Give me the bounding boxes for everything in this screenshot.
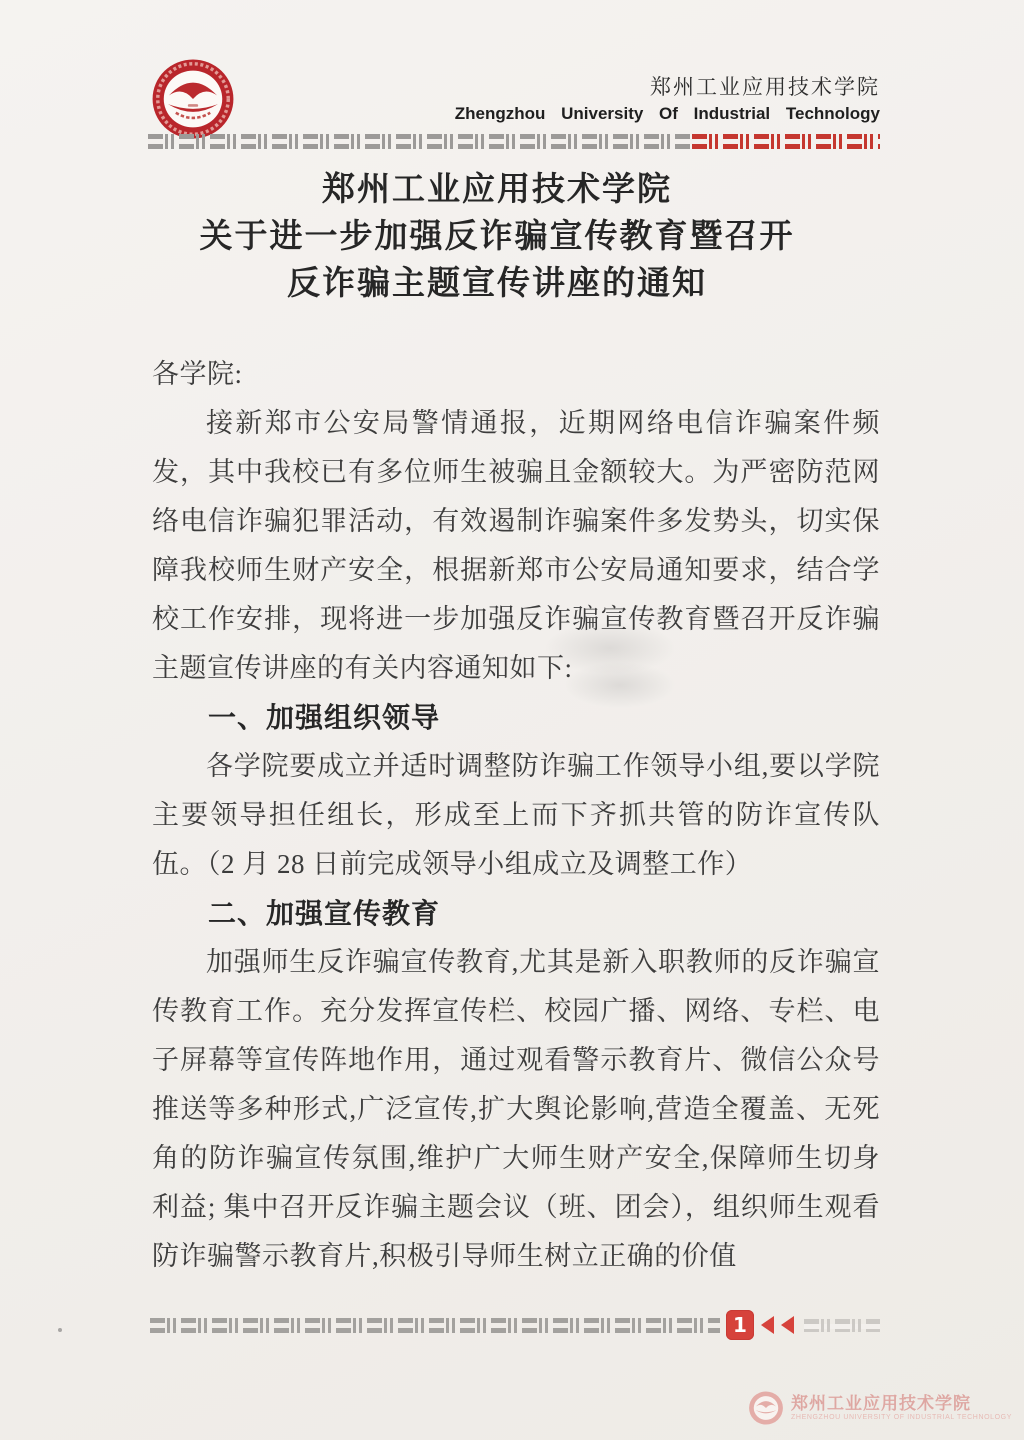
section-heading-1: 一、加强组织领导 [152, 693, 880, 742]
watermark-logo-icon [748, 1390, 784, 1426]
school-name-cn: 郑州工业应用技术学院 [238, 74, 880, 101]
title-line-1: 郑州工业应用技术学院 [130, 167, 864, 214]
section-heading-2: 二、加强宣传教育 [152, 889, 880, 938]
header-rule [148, 134, 880, 149]
header-rule-gray-segment [148, 134, 692, 149]
document-body: 各学院: 接新郑市公安局警情通报，近期网络电信诈骗案件频发，其中我校已有多位师生… [152, 350, 880, 1281]
school-logo-icon [148, 56, 238, 142]
document-title: 郑州工业应用技术学院 关于进一步加强反诈骗宣传教育暨召开 反诈骗主题宣传讲座的通… [130, 167, 864, 308]
page-header: 郑州工业应用技术学院 Zhengzhou University Of Indus… [0, 0, 1024, 138]
left-arrow-icon [781, 1316, 794, 1334]
watermark-text-en: ZHENGZHOU UNIVERSITY OF INDUSTRIAL TECHN… [791, 1413, 1012, 1422]
page-number-badge: 1 [726, 1310, 754, 1340]
title-line-2: 关于进一步加强反诈骗宣传教育暨召开 [130, 214, 864, 261]
watermark: 郑州工业应用技术学院 ZHENGZHOU UNIVERSITY OF INDUS… [748, 1390, 1012, 1426]
footer-rule-faint-segment [804, 1319, 880, 1332]
header-rule-red-segment [692, 134, 880, 149]
watermark-text: 郑州工业应用技术学院 ZHENGZHOU UNIVERSITY OF INDUS… [791, 1394, 1012, 1422]
school-name-en: Zhengzhou University Of Industrial Techn… [238, 101, 880, 126]
paragraph-2: 各学院要成立并适时调整防诈骗工作领导小组,要以学院主要领导担任组长，形成至上而下… [152, 742, 880, 889]
watermark-text-cn: 郑州工业应用技术学院 [791, 1394, 1012, 1413]
paragraph-3: 加强师生反诈骗宣传教育,尤其是新入职教师的反诈骗宣传教育工作。充分发挥宣传栏、校… [152, 938, 880, 1281]
scan-speck [58, 1328, 62, 1332]
salutation: 各学院: [152, 350, 880, 399]
left-arrow-icon [761, 1316, 774, 1334]
title-line-3: 反诈骗主题宣传讲座的通知 [130, 261, 864, 308]
footer-rule-gray-segment [150, 1318, 720, 1333]
header-school-names: 郑州工业应用技术学院 Zhengzhou University Of Indus… [238, 74, 880, 138]
footer-rule: 1 [150, 1310, 880, 1340]
scanned-notice-page: 郑州工业应用技术学院 Zhengzhou University Of Indus… [0, 0, 1024, 1440]
paragraph-1: 接新郑市公安局警情通报，近期网络电信诈骗案件频发，其中我校已有多位师生被骗且金额… [152, 399, 880, 693]
